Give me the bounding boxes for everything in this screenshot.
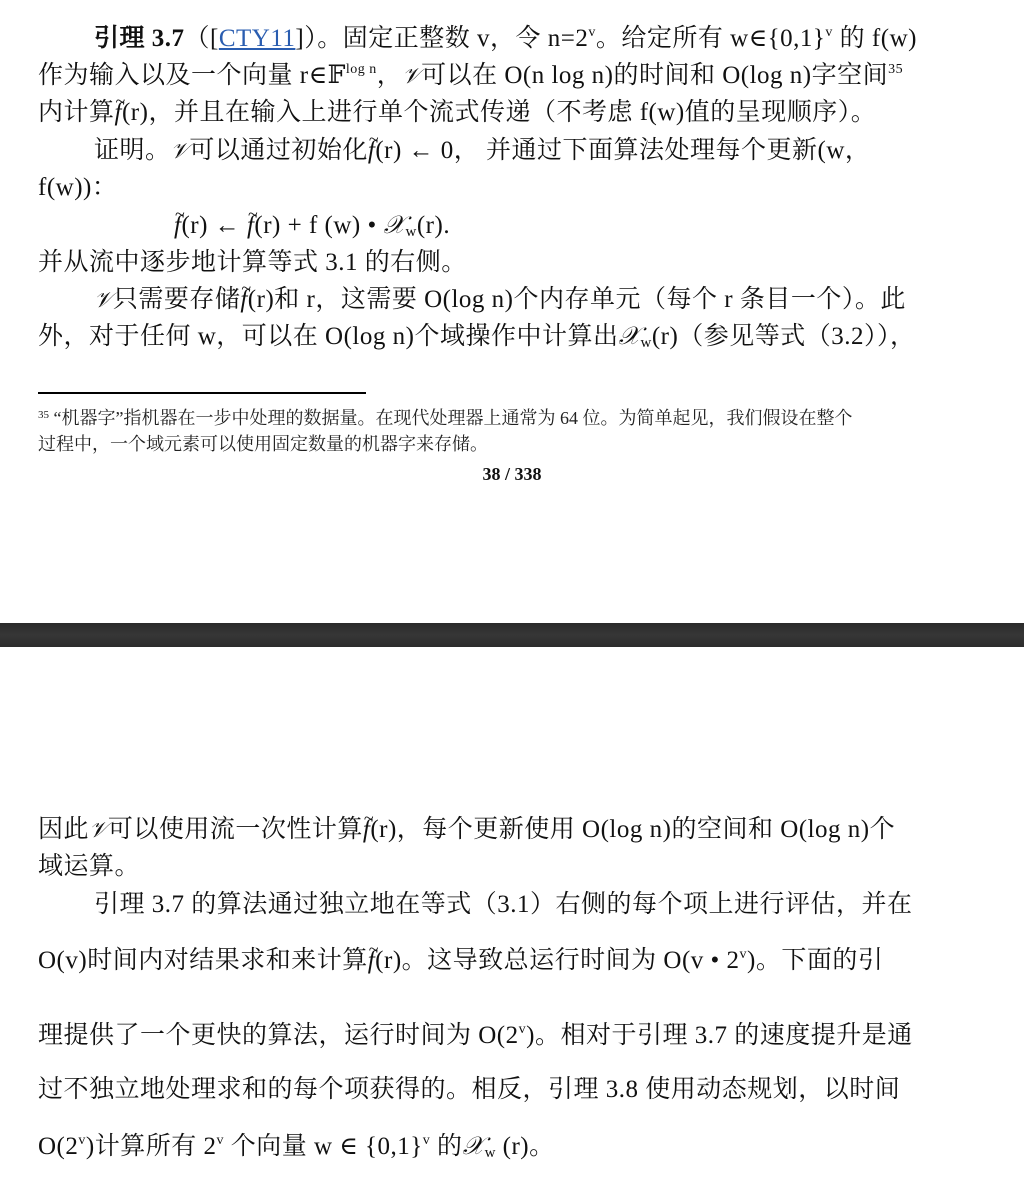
f-tilde-symbol: f — [368, 137, 375, 164]
proof-line-3: 并从流中逐步地计算等式 3.1 的右侧。 — [38, 248, 986, 278]
f-tilde-symbol: f — [368, 947, 375, 974]
f-tilde-symbol: f — [240, 286, 247, 313]
text: 作为输入以及一个向量 r∈𝔽 — [38, 62, 346, 89]
text: O(2 — [38, 1133, 78, 1160]
text: 的 f(w) — [833, 25, 917, 52]
paren: ]） — [295, 25, 317, 52]
lemma-line-3: 内计算f(r)，并且在输入上进行单个流式传递（不考虑 f(w)值的呈现顺序）。 — [38, 98, 986, 128]
footnote-number: 35 — [38, 409, 49, 421]
text: 。给定所有 w∈{0,1} — [596, 25, 826, 52]
text: 外，对于任何 w，可以在 O(log n)个域操作中计算出 — [38, 323, 618, 350]
lemma-label: 引理 3.7 — [94, 25, 185, 52]
equation-lhs: (r) ← — [181, 212, 240, 239]
equation-rhs: (r). — [417, 212, 450, 239]
text: (r)。这导致总运行时间为 O(v • 2 — [375, 947, 739, 974]
update-equation: f(r) ← f(r) + f (w) • 𝒳w(r). — [174, 211, 574, 241]
citation-link-cty11[interactable]: CTY11 — [219, 25, 296, 52]
text: 。固定正整数 v，令 n=2 — [317, 25, 588, 52]
text: )。相对于引理 3.7 的速度提升是通 — [526, 1022, 913, 1049]
f-tilde-symbol: f — [174, 212, 181, 239]
paren: （[ — [185, 25, 219, 52]
superscript: v — [825, 25, 833, 40]
verifier-symbol: 𝒱 — [94, 288, 113, 313]
footnote-35-line-2: 过程中，一个域元素可以使用固定数量的机器字来存储。 — [38, 432, 986, 456]
body-line-7: O(2v)计算所有 2v 个向量 w ∈ {0,1}v 的𝒳w (r)。 — [38, 1132, 986, 1162]
pdf-page-38: 引理 3.7（[CTY11]）。固定正整数 v，令 n=2v。给定所有 w∈{0… — [0, 0, 1024, 623]
footnote-35-line-1: 35 “机器字”指机器在一步中处理的数据量。在现代处理器上通常为 64 位。为简… — [38, 406, 986, 430]
footnote-divider — [38, 392, 366, 394]
text: (r)和 r，这需要 O(log n)个内存单元（每个 r 条目一个）。此 — [248, 286, 906, 313]
page-separator — [0, 623, 1024, 647]
superscript: v — [588, 25, 596, 40]
pdf-page-39: 因此𝒱可以使用流一次性计算f(r)，每个更新使用 O(log n)的空间和 O(… — [0, 647, 1024, 1182]
superscript: v — [78, 1133, 86, 1148]
body-line-4: O(v)时间内对结果求和来计算f(r)。这导致总运行时间为 O(v • 2v)。… — [38, 946, 986, 976]
page-indicator: 38 / 338 — [0, 464, 1024, 485]
f-tilde-symbol: f — [363, 816, 370, 843]
chi-symbol: 𝒳 — [618, 323, 640, 350]
text: (r)（参见等式（3.2））， — [652, 323, 916, 350]
verifier-symbol: 𝒱 — [171, 139, 190, 164]
text: 可以通过初始化 — [189, 137, 368, 164]
text: ， — [377, 62, 403, 89]
chi-symbol: 𝒳 — [384, 212, 406, 239]
superscript: v — [216, 1133, 224, 1148]
verifier-symbol: 𝒱 — [402, 64, 421, 89]
subscript: w — [406, 224, 417, 240]
text: (r)。 — [496, 1133, 555, 1160]
proof-label: 证明。 — [94, 137, 171, 164]
text: 可以在 O(n log n)的时间和 O(log n)字空间 — [421, 62, 888, 89]
text: 个向量 w ∈ {0,1} — [224, 1133, 423, 1160]
proof-line-4: 𝒱只需要存储f(r)和 r，这需要 O(log n)个内存单元（每个 r 条目一… — [94, 285, 986, 316]
subscript: w — [640, 335, 651, 351]
text: (r)，并且在输入上进行单个流式传递（不考虑 f(w)值的呈现顺序）。 — [122, 99, 876, 126]
superscript: log n — [346, 62, 377, 77]
text: 只需要存储 — [113, 286, 241, 313]
proof-line-5: 外，对于任何 w，可以在 O(log n)个域操作中计算出𝒳w(r)（参见等式（… — [38, 322, 986, 352]
text: 因此 — [38, 816, 89, 843]
verifier-symbol: 𝒱 — [89, 818, 108, 843]
footnote-ref-35[interactable]: 35 — [888, 62, 903, 77]
subscript: w — [485, 1145, 496, 1161]
text: 的 — [430, 1133, 462, 1160]
chi-symbol: 𝒳 — [463, 1133, 485, 1160]
body-line-2: 域运算。 — [38, 852, 986, 882]
body-line-5: 理提供了一个更快的算法，运行时间为 O(2v)。相对于引理 3.7 的速度提升是… — [38, 1021, 986, 1051]
text: )计算所有 2 — [86, 1133, 217, 1160]
text: 可以使用流一次性计算 — [108, 816, 363, 843]
equation-rhs: (r) + f (w) • — [254, 212, 383, 239]
body-line-1: 因此𝒱可以使用流一次性计算f(r)，每个更新使用 O(log n)的空间和 O(… — [38, 815, 986, 846]
text: (r)，每个更新使用 O(log n)的空间和 O(log n)个 — [370, 816, 895, 843]
proof-line-1: 证明。𝒱可以通过初始化f(r) ← 0， 并通过下面算法处理每个更新(w， — [94, 136, 986, 167]
footnote-text: “机器字”指机器在一步中处理的数据量。在现代处理器上通常为 64 位。为简单起见… — [54, 408, 853, 428]
body-line-6: 过不独立地处理求和的每个项获得的。相反，引理 3.8 使用动态规划，以时间 — [38, 1075, 986, 1105]
lemma-line-2: 作为输入以及一个向量 r∈𝔽log n，𝒱可以在 O(n log n)的时间和 … — [38, 61, 986, 92]
text: )。下面的引 — [747, 947, 883, 974]
body-line-3: 引理 3.7 的算法通过独立地在等式（3.1）右侧的每个项上进行评估，并在 — [94, 890, 986, 920]
superscript: v — [740, 947, 748, 962]
lemma-line-1: 引理 3.7（[CTY11]）。固定正整数 v，令 n=2v。给定所有 w∈{0… — [94, 24, 986, 54]
text: 理提供了一个更快的算法，运行时间为 O(2 — [38, 1022, 519, 1049]
f-tilde-symbol: f — [247, 212, 254, 239]
text: O(v)时间内对结果求和来计算 — [38, 947, 368, 974]
text: (r) ← 0， 并通过下面算法处理每个更新(w， — [375, 137, 870, 164]
text: 内计算 — [38, 99, 115, 126]
f-tilde-symbol: f — [115, 99, 122, 126]
